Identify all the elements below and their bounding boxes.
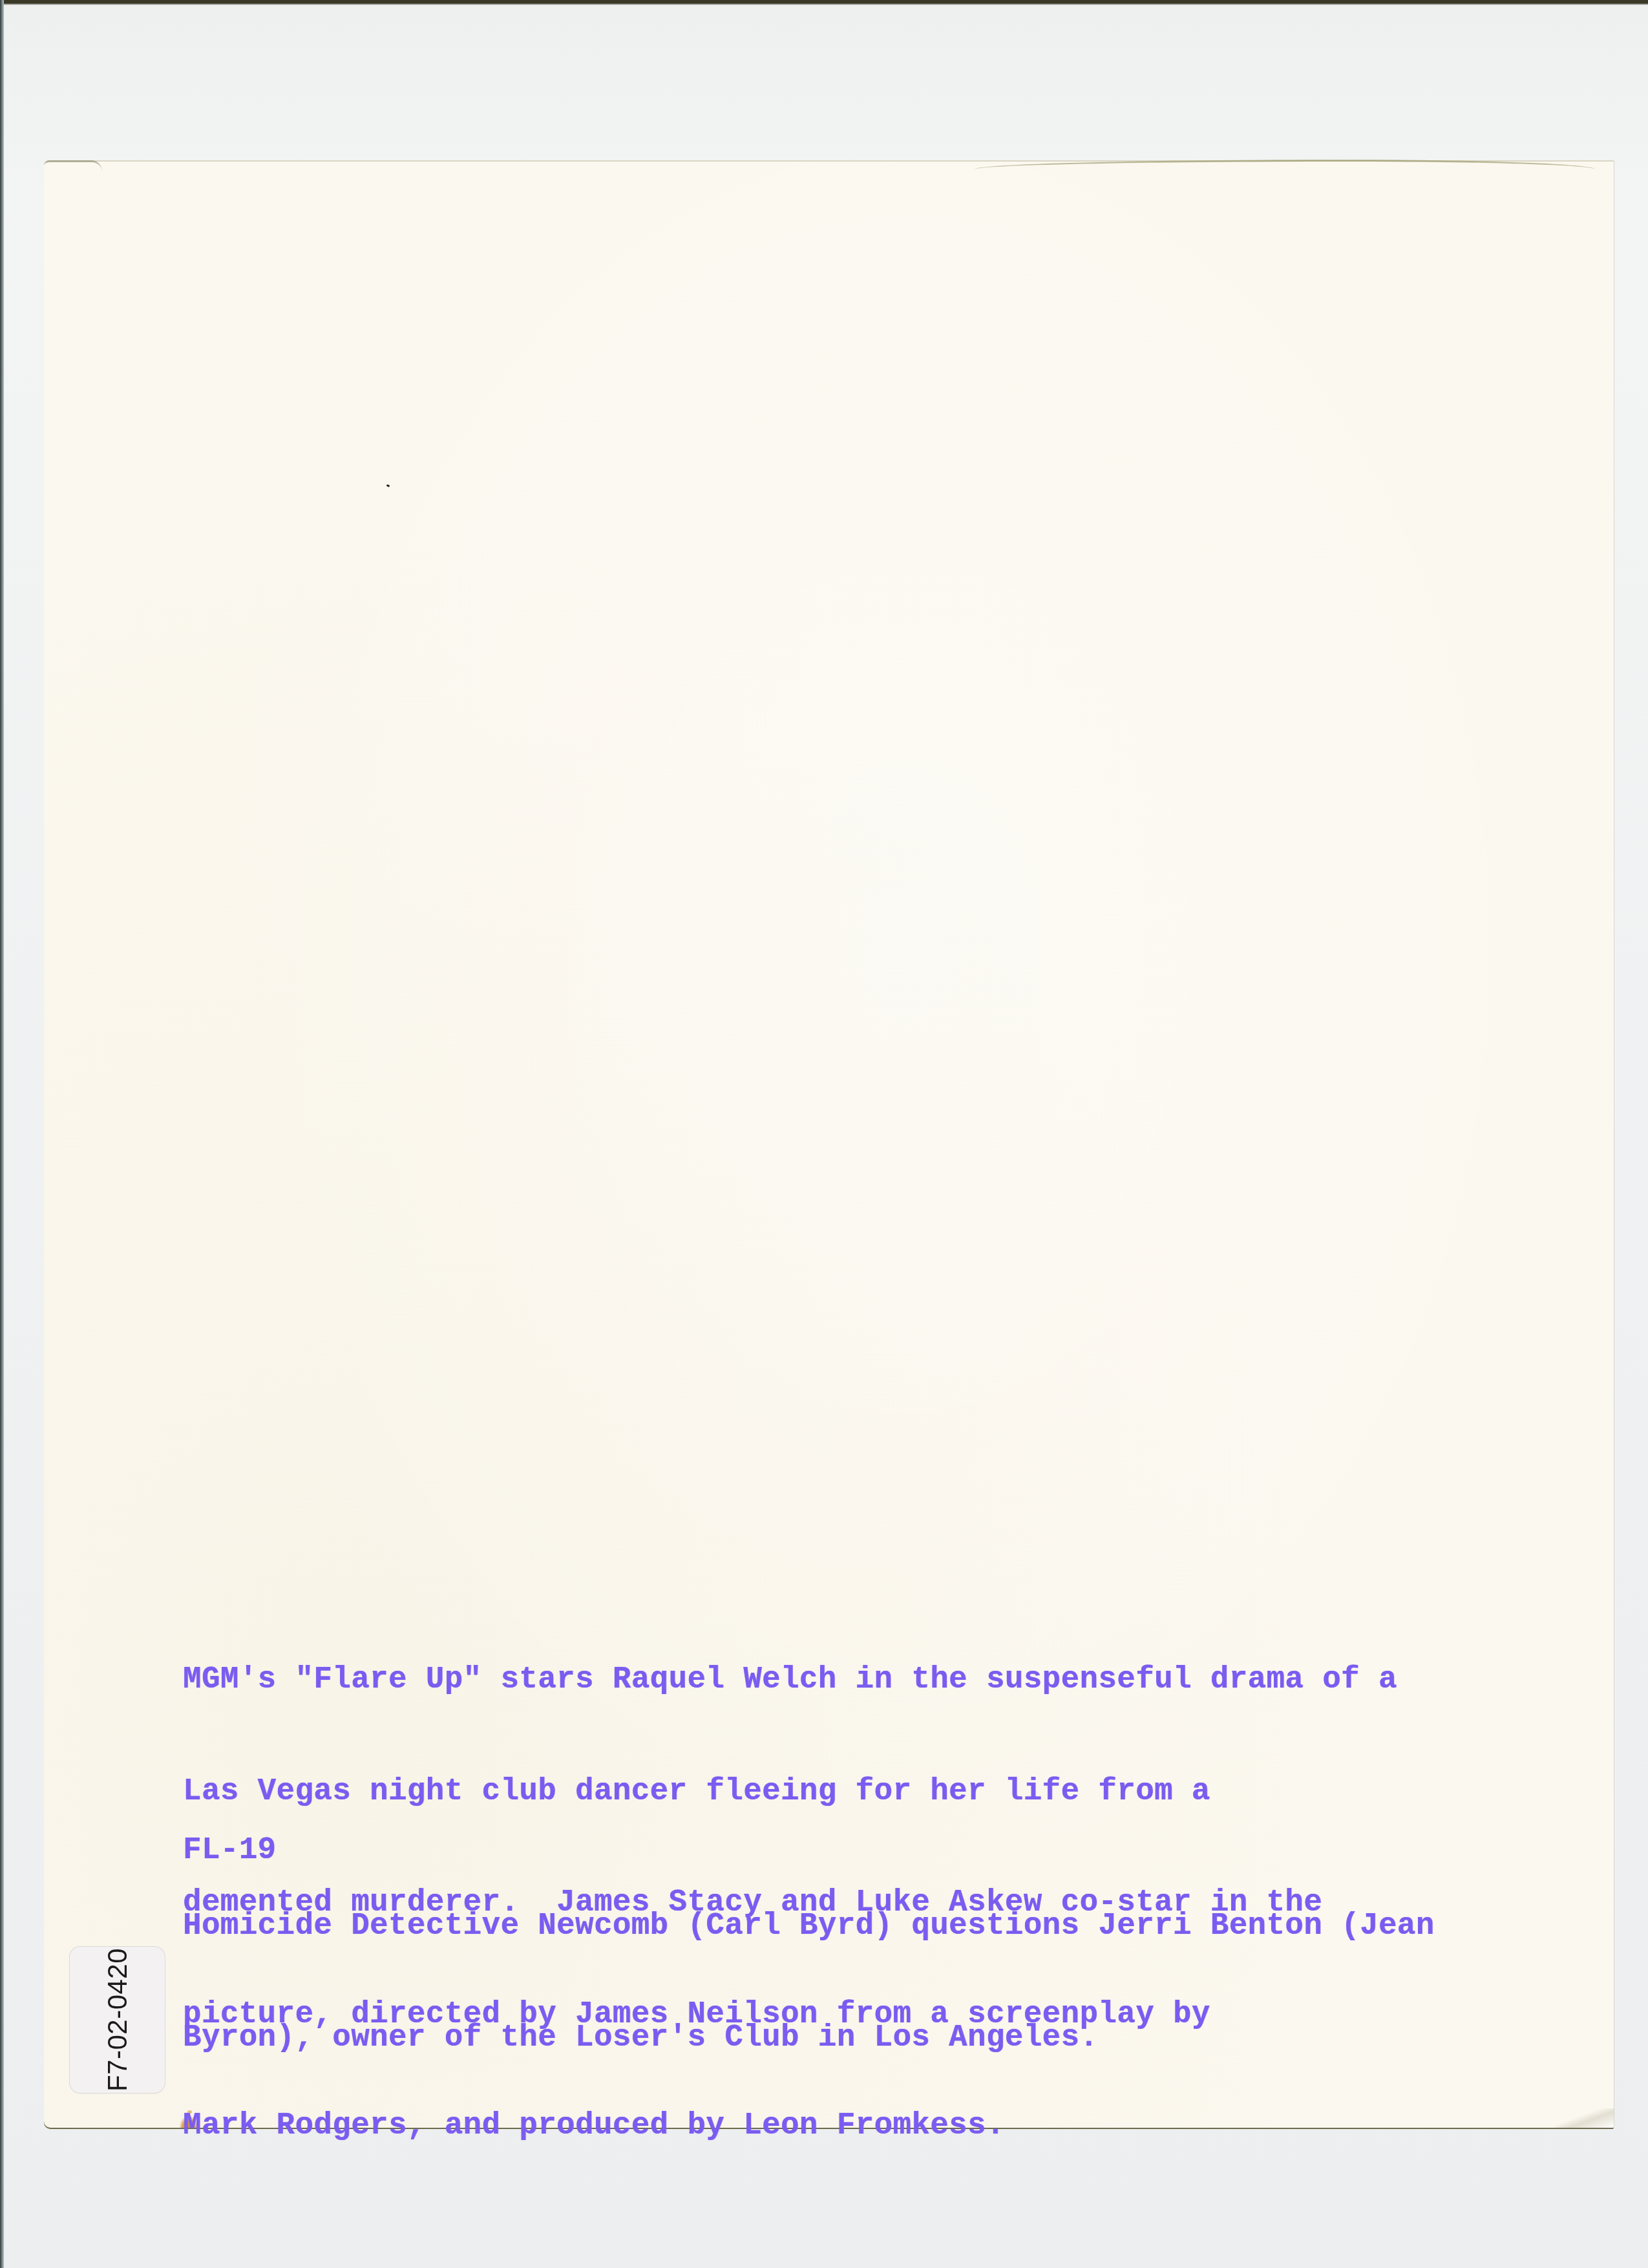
dust-speck — [386, 484, 390, 487]
caption-scene-paragraph: Homicide Detective Newcomb (Carl Byrd) q… — [183, 1834, 1435, 2131]
caption-main-line: Las Vegas night club dancer fleeing for … — [183, 1774, 1397, 1811]
caption-scene-line: Byron), owner of the Loser's Club in Los… — [183, 2020, 1435, 2057]
caption-scene-line: Homicide Detective Newcomb (Carl Byrd) q… — [183, 1908, 1435, 1945]
paper-curl-top-right — [975, 160, 1595, 169]
scanner-edge — [0, 0, 4, 2268]
paper-curl-top-left — [44, 160, 102, 171]
photo-back-sheet: MGM's "Flare Up" stars Raquel Welch in t… — [44, 160, 1614, 2128]
paper-corner-fold — [1556, 2108, 1614, 2128]
archive-label-sticker: F7-02-0420 — [70, 1947, 165, 2093]
caption-main-line: MGM's "Flare Up" stars Raquel Welch in t… — [183, 1662, 1397, 1699]
archive-label-text: F7-02-0420 — [102, 1948, 133, 2092]
